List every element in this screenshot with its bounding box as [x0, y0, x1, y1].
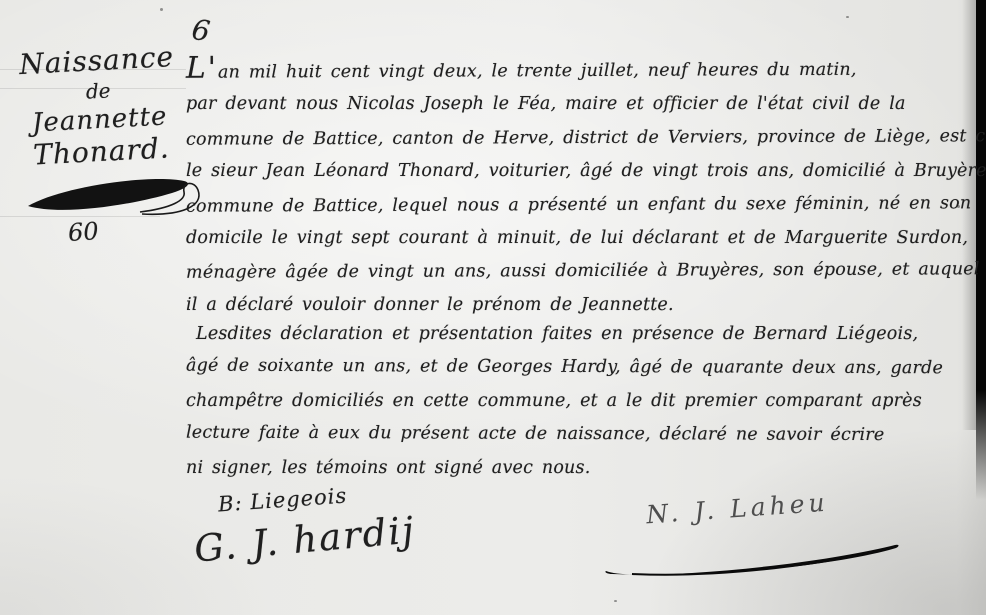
manuscript-line: par devant nous Nicolas Joseph le Féa, m… [186, 88, 976, 121]
signature-underline-flourish [602, 538, 902, 580]
document-scan: 6 Naissance de Jeannette Thonard. 60 L'a… [0, 0, 986, 615]
manuscript-line: commune de Battice, canton de Herve, dis… [186, 120, 976, 157]
manuscript-line: L'an mil huit cent vingt deux, le trente… [186, 48, 976, 90]
manuscript-line: lecture faite à eux du présent acte de n… [186, 417, 976, 453]
top-page-mark: 6 [190, 13, 212, 48]
ink-speck [160, 8, 163, 11]
margin-number: 60 [67, 217, 99, 247]
signature-mayor: N. J. Laheu [645, 488, 829, 530]
signature-witness-liegeois: B: Liegeois [217, 484, 348, 517]
manuscript-line: âgé de soixante un ans, et de Georges Ha… [186, 350, 976, 386]
manuscript-line: ni signer, les témoins ont signé avec no… [186, 452, 976, 485]
signature-witness-hardy: G. J. hardij [193, 508, 418, 570]
manuscript-line: le sieur Jean Léonard Thonard, voiturier… [186, 155, 976, 188]
act-paragraph-main: L'an mil huit cent vingt deux, le trente… [186, 50, 976, 322]
ink-speck [614, 600, 617, 602]
manuscript-line: domicile le vingt sept courant à minuit,… [186, 222, 976, 255]
margin-flourish-swash [22, 172, 207, 224]
margin-annotation: Naissance de Jeannette Thonard. [11, 40, 187, 173]
manuscript-line: Lesdites déclaration et présentation fai… [186, 318, 976, 351]
manuscript-line: commune de Battice, lequel nous a présen… [186, 187, 976, 224]
act-paragraph-witnesses: Lesdites déclaration et présentation fai… [186, 318, 976, 485]
manuscript-line: ménagère âgée de vingt un ans, aussi dom… [186, 254, 976, 291]
manuscript-line: champêtre domiciliés en cette commune, e… [186, 385, 976, 418]
scan-edge-black-bar [976, 0, 986, 500]
ink-speck [846, 16, 849, 18]
